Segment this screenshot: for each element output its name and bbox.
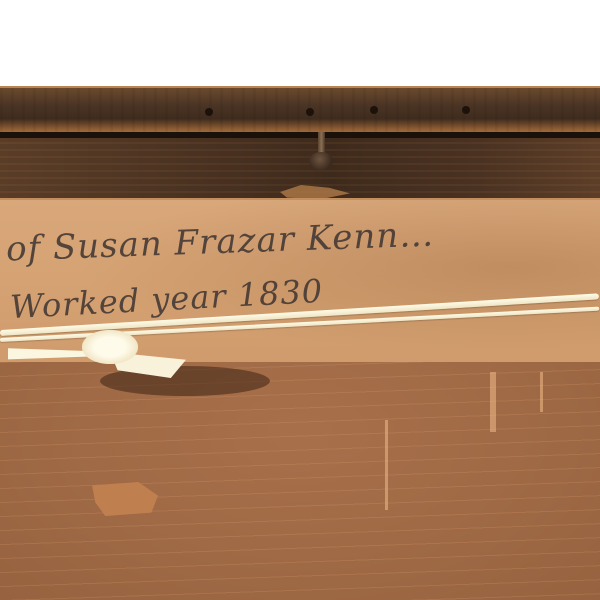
frame-back-photo: of Susan Frazar Kenn… Worked year 1830: [0, 0, 600, 600]
nail-hole: [462, 106, 470, 114]
nail-hole: [205, 108, 213, 116]
nail-head: [309, 152, 333, 170]
scratch: [385, 420, 388, 510]
backboard: [0, 362, 600, 600]
frame-top-rail: [0, 86, 600, 132]
scratch: [540, 372, 543, 412]
nail-hole: [370, 106, 378, 114]
background: [0, 0, 600, 86]
nail-hole: [306, 108, 314, 116]
scratch: [490, 372, 496, 432]
string-knot: [82, 330, 138, 364]
